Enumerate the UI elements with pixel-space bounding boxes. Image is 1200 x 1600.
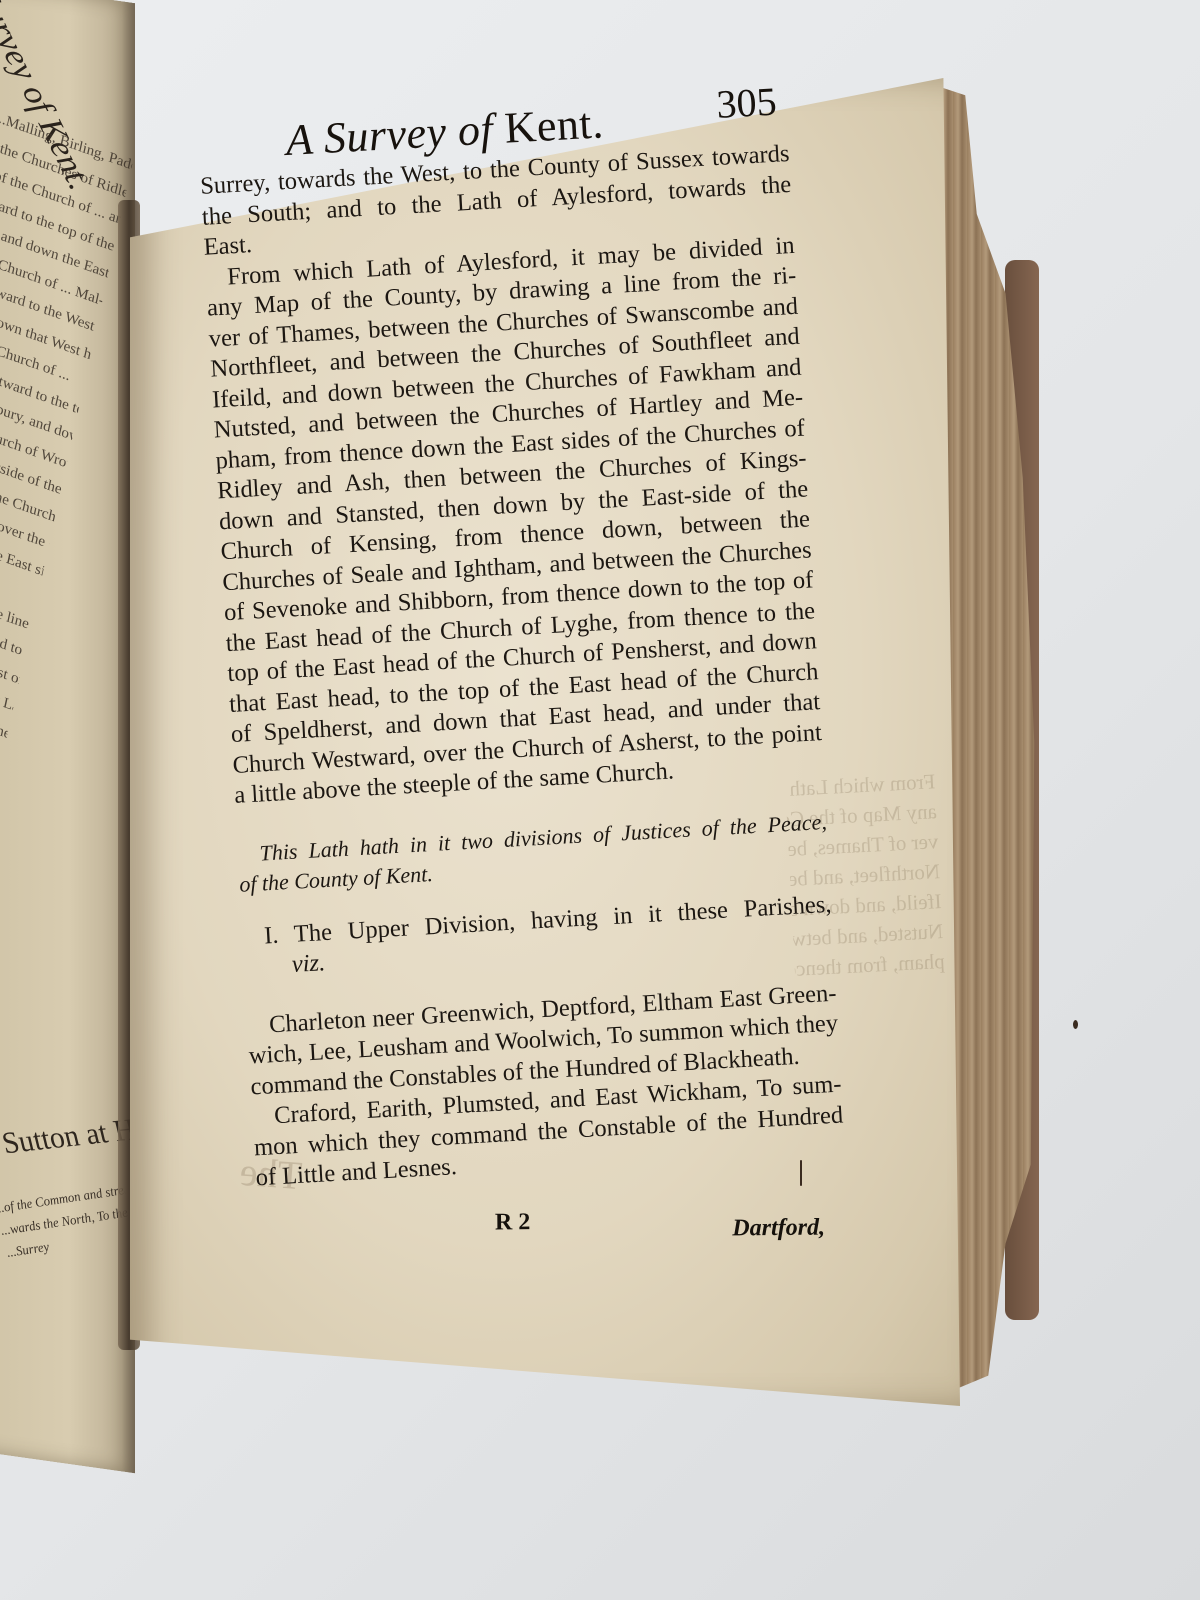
signature-mark: R 2	[495, 1209, 531, 1236]
left-footer-text: ...of the Common and stretch to the ...w…	[0, 1179, 135, 1264]
right-page-text: A Survey of Kent. 305 Surrey, towards th…	[196, 77, 846, 1194]
dust-speck	[1073, 1020, 1078, 1029]
left-subheading: Sutton at Hone.	[0, 1107, 135, 1161]
title-prefix: A Survey of	[284, 104, 494, 165]
catchword: Dartford,	[732, 1215, 825, 1243]
page-footer: R 2 Dartford,	[495, 1207, 825, 1250]
left-page-text: ...Malling, Birling, Paddlesworth, Maple…	[0, 104, 135, 885]
book-photo: Survey of Kent. ...Malling, Birling, Pad…	[0, 0, 1200, 1600]
title-suffix: Kent.	[503, 98, 605, 152]
left-page: Survey of Kent. ...Malling, Birling, Pad…	[0, 0, 135, 1473]
page-number: 305	[715, 78, 778, 128]
ink-mark	[800, 1160, 802, 1186]
paragraph-2: From which Lath of Aylesford, it may be …	[205, 230, 825, 811]
